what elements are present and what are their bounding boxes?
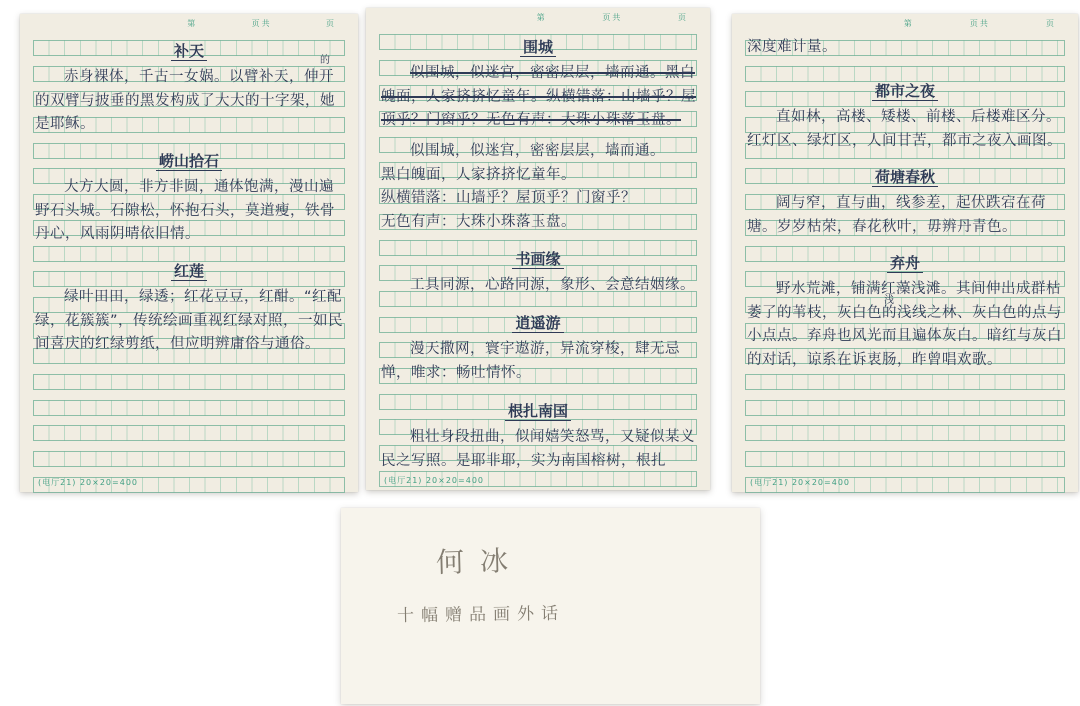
section-text-xiaoyaoyou: 漫天撒网，寰宇遨游，异流穿梭，肆无忌惮，唯求：畅吐情怀。 xyxy=(381,338,697,385)
section-text-butian: 赤身裸体，千古一女娲。以臂补天，伸开的双臂与披垂的黑发构成了大大的十字架，她是耶… xyxy=(35,66,345,137)
handwriting-layer: 补天 赤身裸体，千古一女娲。以臂补天，伸开的双臂与披垂的黑发构成了大大的十字架，… xyxy=(20,14,358,492)
section-text-shuhuayuan: 工具同源，心路同源，象形、会意结姻缘。 xyxy=(381,274,697,298)
section-title-qizhou: 弃舟 xyxy=(732,252,1078,273)
header-label-di: 第 xyxy=(187,18,197,29)
section-text-qizhou: 野水荒滩，铺满红藻浅滩。其间伸出成群枯萎了的苇枝，灰白色的浅线之林、灰白色的点与… xyxy=(747,278,1065,373)
header-label-ye: 页 xyxy=(678,12,688,23)
page-number-header: 第 页共 页 xyxy=(187,18,336,29)
section-title-honglian: 红莲 xyxy=(20,260,358,281)
paper-footer-print: (电厅21) 20×20=400 xyxy=(384,475,484,486)
section-title-dushizhiye: 都市之夜 xyxy=(732,80,1078,101)
section-title-shuhuayuan: 书画缘 xyxy=(366,248,710,269)
section-text-genzha-nanguo: 粗壮身段扭曲，似闻嬉笑怒骂，又疑似某义民之写照。是耶非耶，实为南国榕树，根扎 xyxy=(381,426,697,473)
section-title-laoshan: 崂山拾石 xyxy=(20,150,358,171)
header-label-di: 第 xyxy=(537,12,547,23)
section-title-xiaoyaoyou: 逍遥游 xyxy=(366,312,710,333)
paper-footer-print: (电厅21) 20×20=400 xyxy=(750,477,850,488)
section-text-weicheng-struck: 似围城，似迷宫，密密层层，墙而通。黑白魄面，人家挤挤忆童年。纵横错落：山墙乎？屋… xyxy=(381,62,697,133)
section-text-weicheng-stanza: 似围城，似迷宫，密密层层，墙而通。 黑白魄面，人家挤挤忆童年。 纵横错落：山墙乎… xyxy=(381,140,697,235)
section-title-weicheng: 围城 xyxy=(366,36,710,57)
manuscript-photo: 第 页共 页 补天 赤身裸体，千古一女娲。以臂补天，伸开的双臂与披垂的黑发构成了… xyxy=(0,0,1080,706)
header-label-ye: 页 xyxy=(326,18,336,29)
section-text-dushizhiye: 直如林，高楼、矮楼、前楼、后楼难区分。红灯区、绿灯区，人间甘苦，都市之夜入画图。 xyxy=(747,106,1065,153)
header-label-di: 第 xyxy=(904,18,914,29)
handwriting-layer: 深度难计量。 都市之夜 直如林，高楼、矮楼、前楼、后楼难区分。红灯区、绿灯区，人… xyxy=(732,14,1078,492)
header-label-yegong: 页共 xyxy=(602,12,622,23)
section-title-genzha-nanguo: 根扎南国 xyxy=(366,400,710,421)
manuscript-page-3: 第 页共 页 深度难计量。 都市之夜 直如林，高楼、矮楼、前楼、后楼难区分。红灯… xyxy=(732,14,1078,492)
section-text-laoshan: 大方大圆，非方非圆，通体饱满，漫山遍野石头城。石隙松，怀抱石头，莫道瘦，铁骨丹心… xyxy=(35,176,345,247)
section-title-butian: 补天 xyxy=(20,40,358,61)
section-text-honglian: 绿叶田田，绿透；红花豆豆，红酣。“红配绿，花簇簇”，传统绘画重视红绿对照，一如民… xyxy=(35,286,345,357)
header-label-yegong: 页共 xyxy=(252,18,272,29)
header-label-yegong: 页共 xyxy=(970,18,990,29)
header-label-ye: 页 xyxy=(1046,18,1056,29)
manuscript-page-2: 第 页共 页 围城 似围城，似迷宫，密密层层，墙而通。黑白魄面，人家挤挤忆童年。… xyxy=(366,8,710,490)
paper-footer-print: (电厅21) 20×20=400 xyxy=(38,477,138,488)
card-caption: 十幅赠品画外话 xyxy=(397,599,565,626)
page-number-header: 第 页共 页 xyxy=(904,18,1056,29)
title-card: 何冰 十幅赠品画外话 xyxy=(341,508,760,704)
section-text-hetang-chunqiu: 阔与窄，直与曲，线参差，起伏跌宕在荷塘。岁岁枯荣，春花秋叶，毋辨丹青色。 xyxy=(747,192,1065,239)
inserted-char: 的 xyxy=(320,56,330,66)
section-title-hetang-chunqiu: 荷塘春秋 xyxy=(732,166,1078,187)
page-number-header: 第 页共 页 xyxy=(537,12,688,23)
continuation-line: 深度难计量。 xyxy=(747,36,1065,60)
handwriting-layer: 围城 似围城，似迷宫，密密层层，墙而通。黑白魄面，人家挤挤忆童年。纵横错落：山墙… xyxy=(366,8,710,490)
artist-name: 何冰 xyxy=(435,539,524,581)
inserted-char: 浅 xyxy=(884,296,894,306)
manuscript-page-1: 第 页共 页 补天 赤身裸体，千古一女娲。以臂补天，伸开的双臂与披垂的黑发构成了… xyxy=(20,14,358,492)
